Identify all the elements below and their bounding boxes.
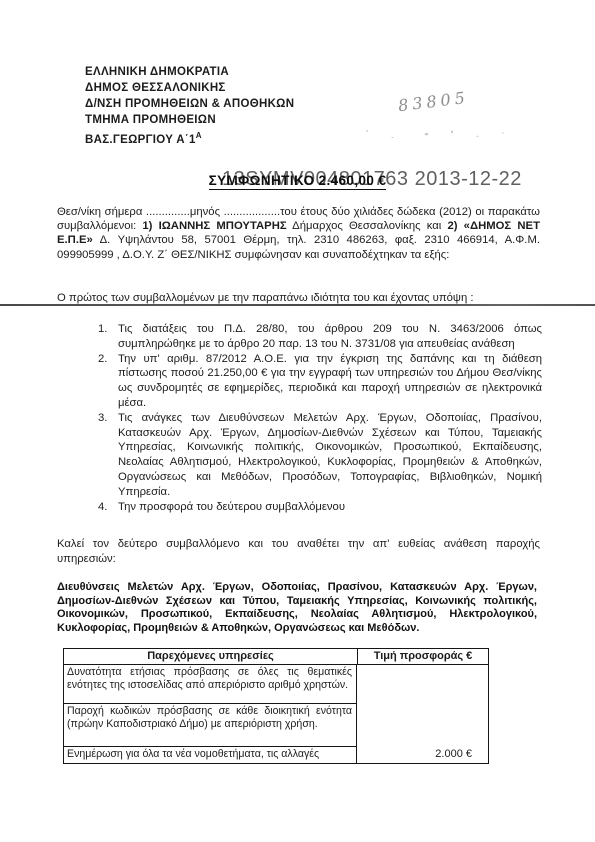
letterhead-line-directorate: Δ/ΝΣΗ ΠΡΟΜΗΘΕΙΩΝ & ΑΠΟΘΗΚΩΝ	[85, 96, 294, 112]
faint-stamp-smudge	[350, 122, 520, 144]
scanned-contract-page: ΕΛΛΗΝΙΚΗ ΔΗΜΟΚΡΑΤΙΑ ΔΗΜΟΣ ΘΕΣΣΑΛΟΝΙΚΗΣ Δ…	[0, 0, 595, 842]
list-item: 2. Την υπ' αριθμ. 87/2012 Α.Ο.Ε. για την…	[98, 352, 542, 411]
table-row: Ενημέρωση για όλα τα νέα νομοθετήματα, τ…	[64, 747, 356, 763]
table-row: Δυνατότητα ετήσιας πρόσβασης σε όλες τις…	[64, 665, 356, 704]
list-item-number: 2.	[98, 352, 118, 411]
list-item-number: 4.	[98, 500, 118, 515]
list-item-text: Τις ανάγκες των Διευθύνσεων Μελετών Αρχ.…	[118, 411, 542, 500]
letterhead-line-republic: ΕΛΛΗΝΙΚΗ ΔΗΜΟΚΡΑΤΙΑ	[85, 64, 294, 80]
party-1-name: 1) ΙΩΑΝΝΗΣ ΜΠΟΥΤΑΡΗΣ	[142, 220, 286, 232]
list-item-text: Τις διατάξεις του Π.Δ. 28/80, του άρθρου…	[118, 322, 542, 352]
table-price-column: 2.000 €	[357, 665, 488, 763]
address-text: ΒΑΣ.ΓΕΩΡΓΙΟΥ Α΄1	[85, 134, 196, 146]
document-title: ΣΥΜΦΩΝΗΤΙΚΟ 2.460,00 €	[209, 173, 387, 190]
intro-seg-3: Δήμαρχος Θεσσαλονίκης και	[287, 220, 448, 232]
table-services-column: Δυνατότητα ετήσιας πρόσβασης σε όλες τις…	[64, 665, 357, 763]
letterhead-line-address: ΒΑΣ.ΓΕΩΡΓΙΟΥ Α΄1Α	[85, 128, 294, 148]
list-item-text: Την προσφορά του δεύτερου συμβαλλόμενου	[118, 500, 542, 515]
table-header-row: Παρεχόμενες υπηρεσίες Τιμή προσφοράς €	[64, 649, 488, 665]
price-value: 2.000 €	[435, 748, 472, 760]
table-row: Παροχή κωδικών πρόσβασης σε κάθε διοικητ…	[64, 704, 356, 747]
title-row: ΣΥΜΦΩΝΗΤΙΚΟ 2.460,00 €	[0, 172, 595, 190]
list-item-number: 3.	[98, 411, 118, 500]
letterhead: ΕΛΛΗΝΙΚΗ ΔΗΜΟΚΡΑΤΙΑ ΔΗΜΟΣ ΘΕΣΣΑΛΟΝΙΚΗΣ Δ…	[85, 64, 294, 148]
assignment-paragraph: Καλεί τον δεύτερο συμβαλλόμενο και του α…	[57, 537, 540, 566]
directorates-paragraph: Διευθύνσεις Μελετών Αρχ. Έργων, Οδοποιία…	[57, 581, 537, 636]
intro-seg-5: Δ. Υψηλάντου 58, 57001 Θέρμη, τηλ. 2310 …	[57, 234, 540, 260]
services-table: Παρεχόμενες υπηρεσίες Τιμή προσφοράς € Δ…	[63, 648, 489, 764]
list-item: 4. Την προσφορά του δεύτερου συμβαλλόμεν…	[98, 500, 542, 515]
list-item-number: 1.	[98, 322, 118, 352]
list-item: 1. Τις διατάξεις του Π.Δ. 28/80, του άρθ…	[98, 322, 542, 352]
list-item: 3. Τις ανάγκες των Διευθύνσεων Μελετών Α…	[98, 411, 542, 500]
letterhead-line-department: ΤΜΗΜΑ ΠΡΟΜΗΘΕΙΩΝ	[85, 112, 294, 128]
handwritten-number: 83805	[397, 88, 470, 115]
letterhead-line-municipality: ΔΗΜΟΣ ΘΕΣΣΑΛΟΝΙΚΗΣ	[85, 80, 294, 96]
intro-paragraph: Θεσ/νίκη σήμερα ..............μηνός ....…	[57, 205, 540, 262]
list-item-text: Την υπ' αριθμ. 87/2012 Α.Ο.Ε. για την έγ…	[118, 352, 542, 411]
considerations-list: 1. Τις διατάξεις του Π.Δ. 28/80, του άρθ…	[98, 322, 542, 514]
table-header-price: Τιμή προσφοράς €	[358, 649, 488, 664]
address-superscript: Α	[196, 131, 202, 140]
table-body: Δυνατότητα ετήσιας πρόσβασης σε όλες τις…	[64, 665, 488, 763]
scan-artifact-line	[0, 304, 595, 306]
table-header-services: Παρεχόμενες υπηρεσίες	[64, 649, 358, 664]
